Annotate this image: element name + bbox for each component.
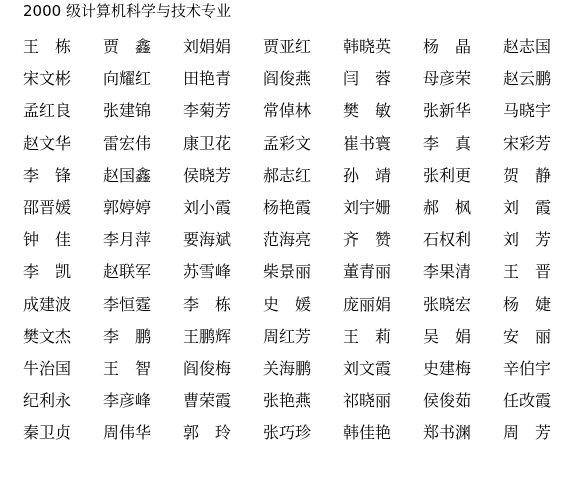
given-name: 娟 (455, 327, 471, 347)
student-name: 张艳燕 (263, 391, 343, 423)
student-name: 董青丽 (343, 262, 423, 294)
student-name: 张新华 (423, 101, 503, 133)
student-name: 李恒霆 (103, 295, 183, 327)
given-name: 芳 (535, 230, 551, 250)
student-name: 要海斌 (183, 230, 263, 262)
student-name: 李彦峰 (103, 391, 183, 423)
given-name: 靖 (375, 166, 391, 186)
student-name: 李果清 (423, 262, 503, 294)
given-name: 静 (535, 166, 551, 186)
surname: 钟 (23, 230, 39, 250)
given-name: 栋 (215, 295, 231, 315)
surname: 刘 (503, 230, 519, 250)
given-name: 霞 (535, 198, 551, 218)
student-name: 田艳青 (183, 69, 263, 101)
student-name: 崔书寰 (343, 134, 423, 166)
student-name: 张利更 (423, 166, 503, 198)
student-name: 李鹏 (103, 327, 151, 359)
student-name: 杨晶 (423, 37, 471, 69)
surname: 王 (503, 262, 519, 282)
surname: 王 (103, 359, 119, 379)
student-name: 庞丽娟 (343, 295, 423, 327)
given-name: 鑫 (135, 37, 151, 57)
given-name: 凯 (55, 262, 71, 282)
student-name: 刘文霞 (343, 359, 423, 391)
student-name: 石权利 (423, 230, 503, 262)
given-name: 芳 (535, 423, 551, 443)
student-name: 郑书渊 (423, 423, 503, 455)
student-name: 柴景丽 (263, 262, 343, 294)
student-name: 邵晋媛 (23, 198, 103, 230)
student-name: 贾鑫 (103, 37, 151, 69)
student-name: 阎俊燕 (263, 69, 343, 101)
student-name: 赵国鑫 (103, 166, 183, 198)
surname: 史 (263, 295, 279, 315)
student-name: 郝枫 (423, 198, 471, 230)
student-name: 史媛 (263, 295, 311, 327)
surname: 周 (503, 423, 519, 443)
given-name: 枫 (455, 198, 471, 218)
given-name: 丽 (535, 327, 551, 347)
student-name: 向耀红 (103, 69, 183, 101)
surname: 杨 (423, 37, 439, 57)
given-name: 佳 (55, 230, 71, 250)
surname: 齐 (343, 230, 359, 250)
given-name: 蓉 (375, 69, 391, 89)
surname: 安 (503, 327, 519, 347)
student-name: 侯俊茹 (423, 391, 503, 423)
student-name: 王智 (103, 359, 151, 391)
surname: 吴 (423, 327, 439, 347)
student-name: 贾亚红 (263, 37, 343, 69)
student-name: 王鹏辉 (183, 327, 263, 359)
given-name: 婕 (535, 295, 551, 315)
student-name: 赵云鹏 (503, 69, 580, 101)
student-name: 李月萍 (103, 230, 183, 262)
surname: 杨 (503, 295, 519, 315)
surname: 李 (23, 262, 39, 282)
student-name: 王栋 (23, 37, 71, 69)
student-name: 苏雪峰 (183, 262, 263, 294)
surname: 贺 (503, 166, 519, 186)
surname: 闫 (343, 69, 359, 89)
student-name: 李菊芳 (183, 101, 263, 133)
surname: 李 (423, 134, 439, 154)
surname: 王 (23, 37, 39, 57)
surname: 王 (343, 327, 359, 347)
student-name: 郭婷婷 (103, 198, 183, 230)
student-name: 史建梅 (423, 359, 503, 391)
student-name: 贺静 (503, 166, 551, 198)
student-name: 赵文华 (23, 134, 103, 166)
student-name: 周芳 (503, 423, 551, 455)
student-name: 宋文彬 (23, 69, 103, 101)
given-name: 晶 (455, 37, 471, 57)
given-name: 赞 (375, 230, 391, 250)
student-name: 曹荣霞 (183, 391, 263, 423)
student-name: 刘芳 (503, 230, 551, 262)
surname: 李 (23, 166, 39, 186)
student-name: 吴娟 (423, 327, 471, 359)
surname: 樊 (343, 101, 359, 121)
given-name: 敏 (375, 101, 391, 121)
student-name-grid: 王栋贾鑫刘娟娟贾亚红韩晓英杨晶赵志国宋文彬向耀红田艳青阎俊燕闫蓉母彦荣赵云鹏孟红… (23, 37, 580, 455)
given-name: 媛 (295, 295, 311, 315)
student-name: 韩晓英 (343, 37, 423, 69)
student-name: 辛伯宇 (503, 359, 580, 391)
student-name: 张建锦 (103, 101, 183, 133)
student-name: 李锋 (23, 166, 71, 198)
student-name: 刘娟娟 (183, 37, 263, 69)
surname: 李 (103, 327, 119, 347)
student-name: 侯晓芳 (183, 166, 263, 198)
student-name: 关海鹏 (263, 359, 343, 391)
student-name: 樊敏 (343, 101, 391, 133)
student-name: 马晓宇 (503, 101, 580, 133)
student-name: 范海亮 (263, 230, 343, 262)
student-name: 孟彩文 (263, 134, 343, 166)
student-name: 雷宏伟 (103, 134, 183, 166)
student-name: 孙靖 (343, 166, 391, 198)
student-name: 安丽 (503, 327, 551, 359)
student-name: 张巧珍 (263, 423, 343, 455)
student-name: 康卫花 (183, 134, 263, 166)
surname: 李 (183, 295, 199, 315)
student-name: 韩佳艳 (343, 423, 423, 455)
student-name: 刘霞 (503, 198, 551, 230)
student-name: 阎俊梅 (183, 359, 263, 391)
student-name: 樊文杰 (23, 327, 103, 359)
student-name: 宋彩芳 (503, 134, 580, 166)
student-name: 李栋 (183, 295, 231, 327)
student-name: 任改霞 (503, 391, 580, 423)
given-name: 锋 (55, 166, 71, 186)
given-name: 智 (135, 359, 151, 379)
student-name: 母彦荣 (423, 69, 503, 101)
surname: 孙 (343, 166, 359, 186)
student-name: 牛治国 (23, 359, 103, 391)
student-name: 王晋 (503, 262, 551, 294)
student-name: 赵联军 (103, 262, 183, 294)
page-title: 2000 级计算机科学与技术专业 (23, 2, 231, 20)
student-name: 郭玲 (183, 423, 231, 455)
student-name: 祁晓丽 (343, 391, 423, 423)
student-name: 齐赞 (343, 230, 391, 262)
surname: 刘 (503, 198, 519, 218)
student-name: 钟佳 (23, 230, 71, 262)
student-name: 周伟华 (103, 423, 183, 455)
student-name: 郝志红 (263, 166, 343, 198)
given-name: 晋 (535, 262, 551, 282)
student-name: 杨艳霞 (263, 198, 343, 230)
student-name: 王莉 (343, 327, 391, 359)
student-name: 刘小霞 (183, 198, 263, 230)
student-name: 秦卫贞 (23, 423, 103, 455)
student-name: 李真 (423, 134, 471, 166)
given-name: 鹏 (135, 327, 151, 347)
student-name: 孟红良 (23, 101, 103, 133)
student-name: 成建波 (23, 295, 103, 327)
student-name: 刘宇姗 (343, 198, 423, 230)
surname: 郝 (423, 198, 439, 218)
surname: 郭 (183, 423, 199, 443)
given-name: 真 (455, 134, 471, 154)
student-name: 杨婕 (503, 295, 551, 327)
student-name: 张晓宏 (423, 295, 503, 327)
student-name: 闫蓉 (343, 69, 391, 101)
given-name: 栋 (55, 37, 71, 57)
student-name: 常倬林 (263, 101, 343, 133)
student-name: 李凯 (23, 262, 71, 294)
student-name: 纪利永 (23, 391, 103, 423)
given-name: 莉 (375, 327, 391, 347)
student-name: 赵志国 (503, 37, 580, 69)
surname: 贾 (103, 37, 119, 57)
student-name: 周红芳 (263, 327, 343, 359)
given-name: 玲 (215, 423, 231, 443)
